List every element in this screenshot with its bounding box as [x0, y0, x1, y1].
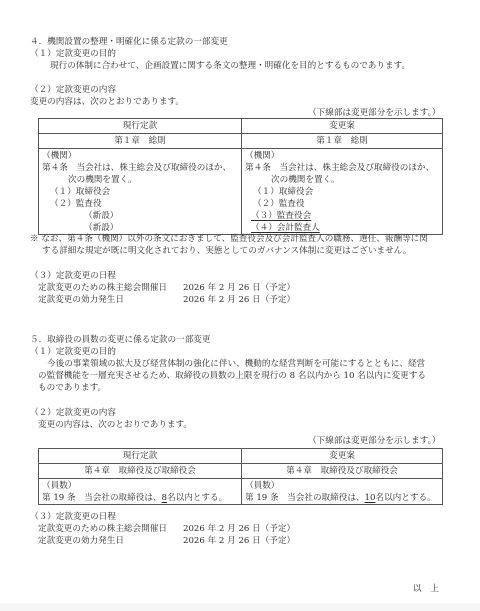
- current-text-cell: （員数） 第 19 条 当会社の取締役は、8名以内とする。: [39, 479, 242, 505]
- col-header-current: 現行定款: [39, 119, 242, 134]
- item: （１）取締役会: [42, 186, 241, 198]
- chapter-current: 第４章 取締役及び取締役会: [39, 464, 242, 479]
- col-header-proposed: 変更案: [242, 449, 443, 464]
- section4-comparison-table: 現行定款 変更案 第１章 総則 第１章 総則 （機関） 第４条 当会社は、株主総…: [38, 118, 443, 235]
- schedule-date: 2026 年 2 月 26 日（予定）: [183, 535, 295, 547]
- schedule-label: 定款変更のための株主総会開催日: [38, 523, 167, 535]
- section4-note-line1: ※ なお、第４条（機関）以外の条文におきまして、監査役会及び会計監査人の職務、選…: [30, 233, 428, 245]
- section4-purpose-heading: （１）定款変更の目的: [30, 48, 116, 60]
- member-count-changed: 10: [365, 493, 376, 503]
- item-new: （新設）: [42, 210, 241, 222]
- section5-purpose-line1: 今後の事業領域の拡大及び経営体制の強化に伴い、機動的な経営判断を可能にするととも…: [47, 358, 425, 370]
- article-line: 第 19 条 当会社の取締役は、8名以内とする。: [42, 492, 241, 504]
- schedule-label: 定款変更の効力発生日: [38, 535, 124, 547]
- section5-underline-note: （下線部は変更部分を示します。）: [308, 435, 441, 447]
- proposed-text-cell: （員数） 第 19 条 当会社の取締役は、10名以内とする。: [242, 479, 443, 505]
- section4-content-intro: 変更の内容は、次のとおりであります。: [30, 96, 184, 108]
- item-added-underlined: （３）監査役会: [251, 211, 311, 221]
- caption: （機関）: [42, 150, 241, 162]
- chapter-proposed: 第１章 総則: [242, 134, 443, 149]
- section5-heading: ５．取締役の員数の変更に係る定款の一部変更: [30, 334, 210, 346]
- article-line: 次の機関を置く。: [42, 174, 241, 186]
- page-bottom-edge: [0, 603, 480, 611]
- schedule-label: 定款変更の効力発生日: [38, 294, 124, 306]
- section4-purpose-text: 現行の体制に合わせて、企画設置に関する条文の整理・明確化を目的とするものでありま…: [50, 60, 410, 72]
- article-line: 第４条 当会社は、株主総会及び取締役のほか、: [42, 162, 241, 174]
- item-added-underlined: （４）会計監査人: [251, 223, 320, 233]
- caption: （員数）: [245, 480, 442, 492]
- col-header-current: 現行定款: [39, 449, 242, 464]
- item: （１）取締役会: [245, 186, 442, 198]
- article-line: 第 19 条 当会社の取締役は、10名以内とする。: [245, 492, 442, 504]
- proposed-text-cell: （機関） 第４条 当会社は、株主総会及び取締役のほか、 次の機関を置く。 （１）…: [242, 149, 443, 235]
- caption: （員数）: [42, 480, 241, 492]
- item: （２）監査役: [245, 198, 442, 210]
- closing-mark: 以 上: [413, 583, 439, 595]
- schedule-date: 2026 年 2 月 26 日（予定）: [183, 282, 295, 294]
- section5-purpose-line3: ものであります。: [38, 382, 106, 394]
- section5-purpose-heading: （１）定款変更の目的: [30, 346, 116, 358]
- section5-content-heading: （２）定款変更の内容: [30, 407, 116, 419]
- chapter-current: 第１章 総則: [39, 134, 242, 149]
- chapter-proposed: 第４章 取締役及び取締役会: [242, 464, 443, 479]
- col-header-proposed: 変更案: [242, 119, 443, 134]
- section5-schedule-heading: （３）定款変更の日程: [30, 511, 116, 523]
- article-line: 次の機関を置く。: [245, 174, 442, 186]
- schedule-date: 2026 年 2 月 26 日（予定）: [183, 294, 295, 306]
- item: （２）監査役: [42, 198, 241, 210]
- schedule-date: 2026 年 2 月 26 日（予定）: [183, 523, 295, 535]
- current-text-cell: （機関） 第４条 当会社は、株主総会及び取締役のほか、 次の機関を置く。 （１）…: [39, 149, 242, 235]
- caption: （機関）: [245, 150, 442, 162]
- schedule-label: 定款変更のための株主総会開催日: [38, 282, 167, 294]
- section4-content-heading: （２）定款変更の内容: [30, 84, 116, 96]
- section4-note-line2: する詳細な規定が既に明文化されており、実態としてのガバナンス体制に変更はございま…: [42, 245, 411, 257]
- section4-schedule-heading: （３）定款変更の日程: [30, 270, 116, 282]
- section4-heading: ４．機関設置の整理・明確化に係る定款の一部変更: [30, 36, 228, 48]
- section5-purpose-line2: の監督機能を一層充実させるため、取締役の員数の上限を現行の 8 名以内から 10…: [38, 370, 426, 382]
- article-line: 第４条 当会社は、株主総会及び取締役のほか、: [245, 162, 442, 174]
- section5-comparison-table: 現行定款 変更案 第４章 取締役及び取締役会 第４章 取締役及び取締役会 （員数…: [38, 448, 443, 505]
- section5-content-intro: 変更の内容は、次のとおりであります。: [38, 419, 192, 431]
